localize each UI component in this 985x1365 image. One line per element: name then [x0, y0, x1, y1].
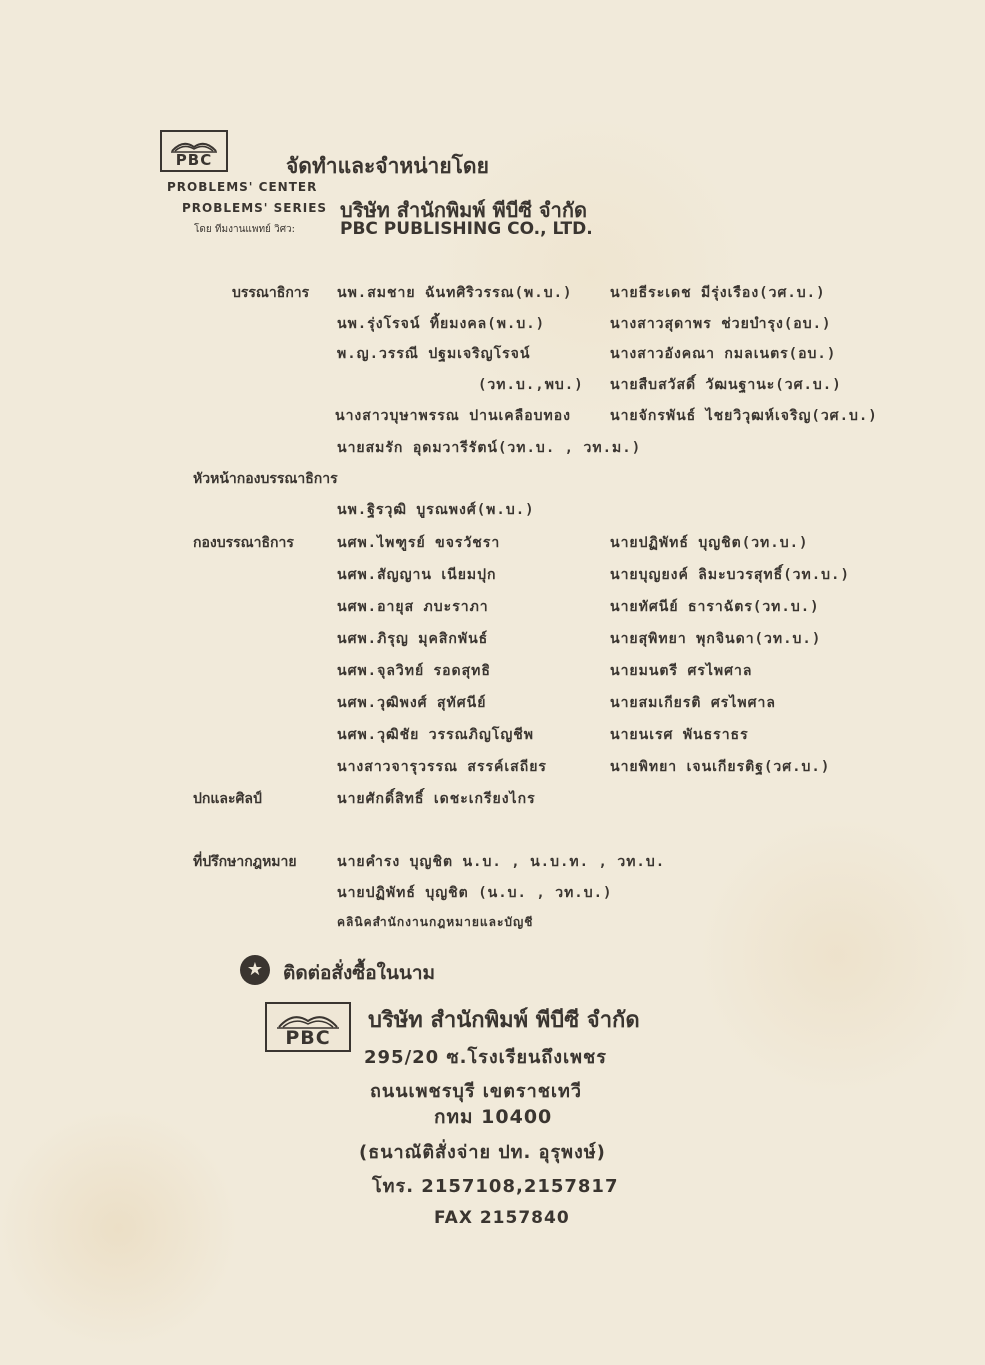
series-by: โดย ทีมงานแพทย์ วิศว:: [194, 222, 295, 237]
editorial-board-label: กองบรรณาธิการ: [193, 532, 294, 554]
board-member: นางสาวจารุวรรณ สรรค์เสถียร: [337, 756, 547, 778]
board-member: นายสมเกียรติ ศรไพศาล: [610, 692, 776, 714]
board-member: นศพ.สัญญาน เนียมปุก: [337, 564, 497, 586]
editor-name: นายสืบสวัสดิ์ วัฒนฐานะ(วศ.บ.): [610, 374, 842, 396]
payment-note: (ธนาณัติสั่งจ่าย ปท. อุรุพงษ์): [359, 1137, 606, 1166]
phone-numbers: โทร. 2157108,2157817: [372, 1171, 619, 1200]
legal-advisor-label: ที่ปรึกษากฎหมาย: [193, 851, 297, 873]
board-member: นศพ.ภิรุญ มุคสิกพันธ์: [337, 628, 488, 650]
art-label: ปกและศิลป์: [193, 788, 262, 810]
board-member: นศพ.วุฒิพงศ์ สุทัศนีย์: [337, 692, 486, 714]
art-name: นายศักดิ์สิทธิ์ เดชะเกรียงไกร: [337, 788, 536, 810]
address-line: 295/20 ซ.โรงเรียนถึงเพชร: [364, 1042, 607, 1071]
legal-advisor-line: นายปฏิพัทธ์ บุญชิต (น.บ. , วท.บ.): [337, 882, 612, 904]
star-icon: ★: [240, 955, 270, 985]
board-member: นศพ.วุฒิชัย วรรณภิญโญชีพ: [337, 724, 534, 746]
editor-name: นายธีระเดช มีรุ่งเรือง(วศ.บ.): [610, 282, 826, 304]
fax-number: FAX 2157840: [434, 1208, 570, 1228]
distributed-by-title: จัดทำและจำหน่ายโดย: [286, 150, 489, 183]
board-member: นายมนตรี ศรไพศาล: [610, 660, 752, 682]
editor-name: นายจักรพันธ์ ไชยวิวุฒห์เจริญ(วศ.บ.): [610, 405, 878, 427]
editors-label: บรรณาธิการ: [232, 282, 309, 304]
board-member: นายบุญยงค์ ลิมะบวรสุทธิ์(วท.บ.): [610, 564, 850, 586]
editor-name: นายสมรัก อุดมวารีรัตน์(วท.บ. , วท.ม.): [337, 437, 641, 459]
pbc-logo: PBC: [160, 130, 228, 172]
editor-name: นางสาวสุดาพร ช่วยบำรุง(อบ.): [610, 313, 831, 335]
board-member: นศพ.ไพฑูรย์ ขจรวัชรา: [337, 532, 500, 554]
series-line-1: PROBLEMS' CENTER: [167, 180, 317, 194]
board-member: นศพ.อายุส ภบะราภา: [337, 596, 489, 618]
legal-advisor-line: นายคำรง บุญชิต น.บ. , น.บ.ท. , วท.บ.: [337, 851, 665, 873]
board-member: นายสุพิทยา พุกจินดา(วท.บ.): [610, 628, 821, 650]
editor-degree: (วท.บ.,พบ.): [478, 374, 584, 396]
board-member: นศพ.จุลวิทย์ รอดสุทธิ: [337, 660, 491, 682]
editor-name: นพ.สมชาย ฉันทศิริวรรณ(พ.บ.): [337, 282, 572, 304]
company-name-en: PBC PUBLISHING CO., LTD.: [340, 219, 593, 239]
legal-advisor-line: คลินิคสำนักงานกฎหมายและบัญชี: [337, 913, 533, 932]
chief-editor-label: หัวหน้ากองบรรณาธิการ: [193, 468, 338, 490]
board-member: นายพิทยา เจนเกียรติฐ(วศ.บ.): [610, 756, 830, 778]
editor-name: พ.ญ.วรรณี ปฐมเจริญโรจน์: [337, 343, 530, 365]
board-member: นายปฏิพัทธ์ บุญชิต(วท.บ.): [610, 532, 808, 554]
editor-name: นางสาวอังคณา กมลเนตร(อบ.): [610, 343, 836, 365]
series-line-2: PROBLEMS' SERIES: [182, 201, 327, 215]
logo-text: PBC: [285, 1029, 330, 1050]
pbc-logo-order: PBC: [265, 1002, 351, 1052]
open-book-icon: [275, 1009, 341, 1029]
editor-name: นางสาวบุษาพรรณ ปานเคลือบทอง: [335, 405, 571, 427]
order-company-name: บริษัท สำนักพิมพ์ พีบีซี จำกัด: [368, 1002, 640, 1037]
board-member: นายนเรศ พันธราธร: [610, 724, 749, 746]
order-contact-title: ติดต่อสั่งซื้อในนาม: [283, 958, 435, 988]
editor-name: นพ.รุ่งโรจน์ ทิ้ยมงคล(พ.บ.): [337, 313, 545, 335]
postal-code: กทม 10400: [434, 1102, 552, 1132]
address-line: ถนนเพชรบุรี เขตราชเทวี: [370, 1076, 582, 1105]
chief-editor-name: นพ.ฐิรวุฒิ บูรณพงศ์(พ.บ.): [337, 499, 535, 521]
logo-text: PBC: [176, 153, 212, 170]
board-member: นายทัศนีย์ ธาราฉัตร(วท.บ.): [610, 596, 820, 618]
